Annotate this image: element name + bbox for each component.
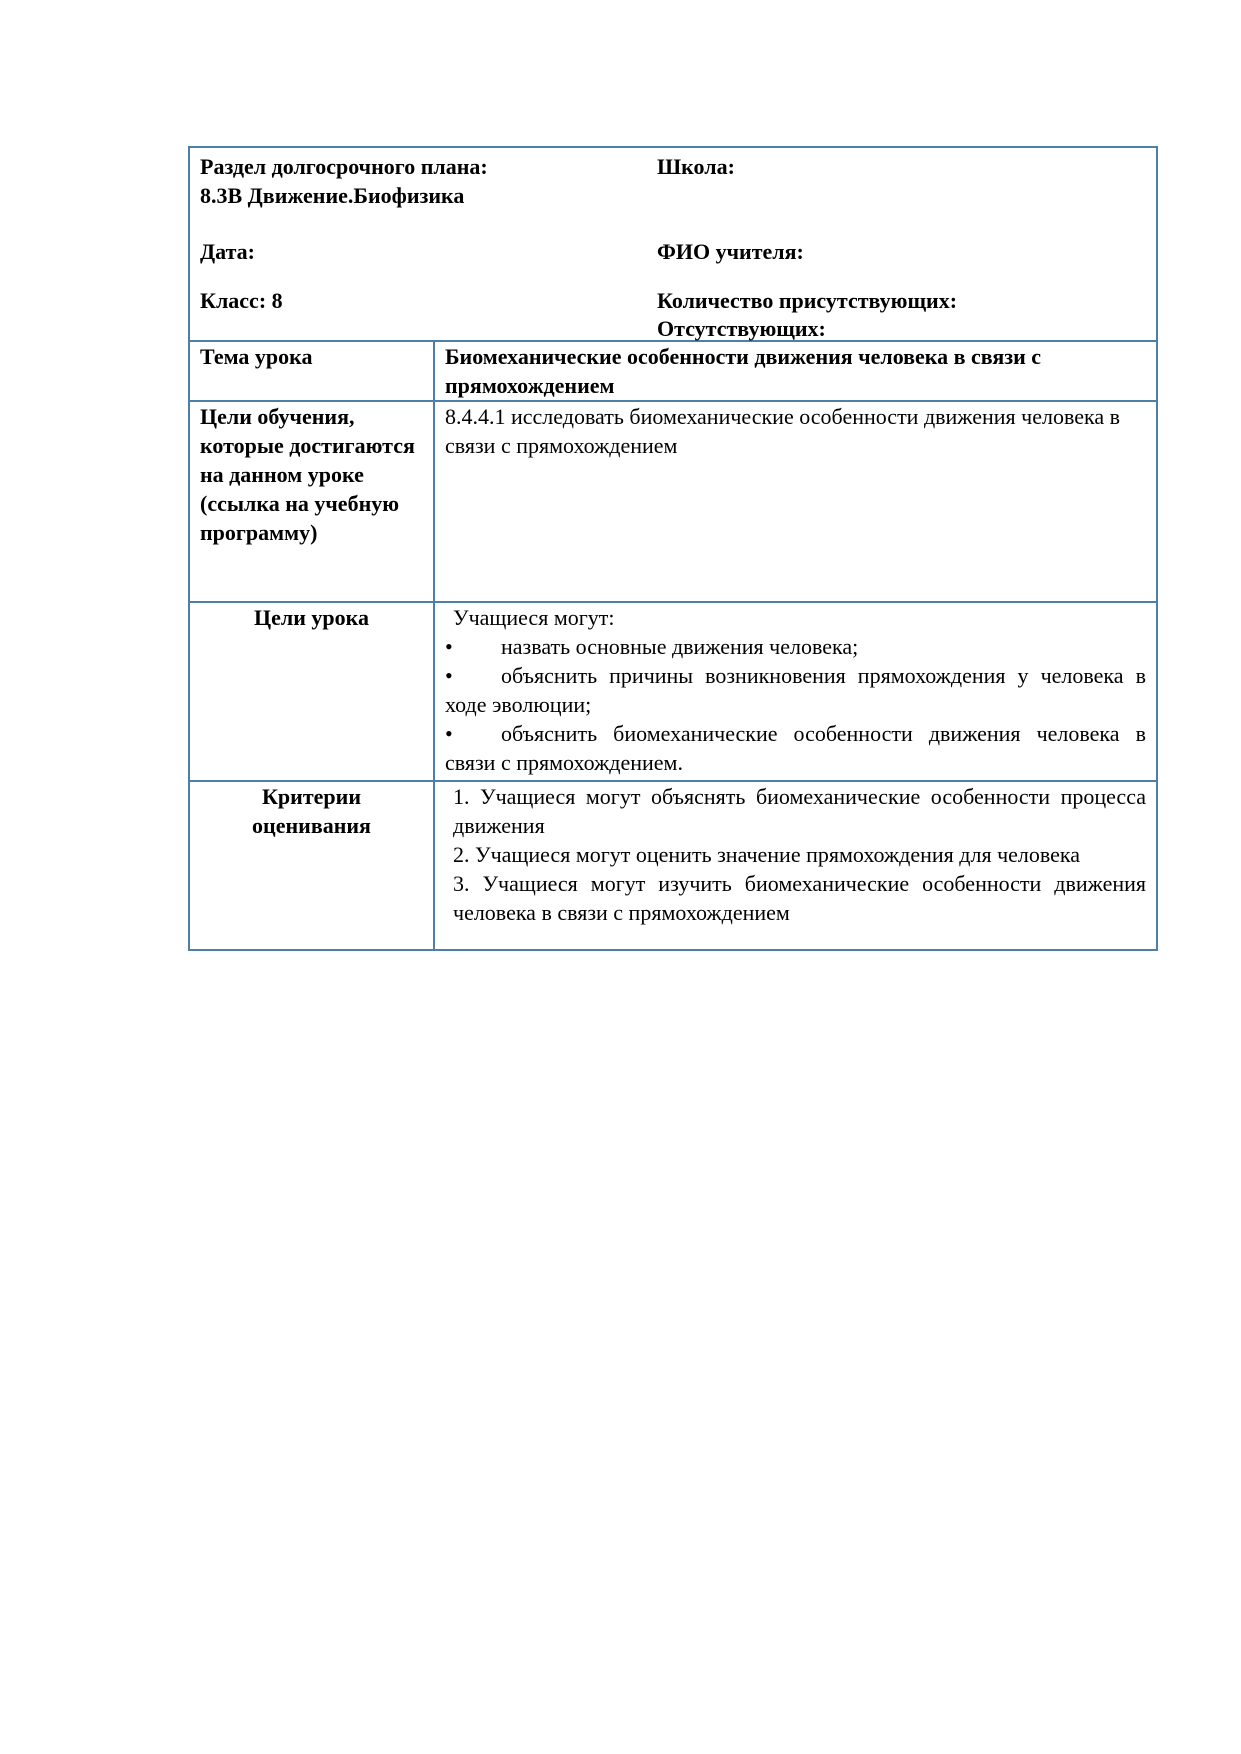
topic-label: Тема урока [189,341,434,401]
list-item: 2. Учащиеся могут оценить значение прямо… [445,840,1146,869]
bullet-icon: • [445,632,501,661]
absent-label: Отсутствующих: [657,314,826,343]
criteria-row: Критерии оценивания 1. Учащиеся могут об… [189,781,1157,950]
topic-value: Биомеханические особенности движения чел… [434,341,1157,401]
list-item: •объяснить биомеханические особенности д… [445,719,1146,777]
class-label: Класс: 8 [200,286,283,315]
bullet-icon: • [445,719,501,748]
list-item: 1. Учащиеся могут объяснять биомеханичес… [445,782,1146,840]
lesson-goals-intro: Учащиеся могут: [445,603,1146,632]
school-label: Школа: [657,152,735,181]
bullet-icon: • [445,661,501,690]
list-item: •объяснить причины возникновения прямохо… [445,661,1146,719]
criteria-cell: 1. Учащиеся могут объяснять биомеханичес… [434,781,1157,950]
list-item: 3. Учащиеся могут изучить биомеханически… [445,869,1146,927]
objectives-value: 8.4.4.1 исследовать биомеханические особ… [434,401,1157,602]
lesson-plan-page: Раздел долгосрочного плана: 8.3В Движени… [188,146,1156,951]
topic-row: Тема урока Биомеханические особенности д… [189,341,1157,401]
objectives-label: Цели обучения, которые достигаются на да… [189,401,434,602]
lesson-goals-label: Цели урока [189,602,434,781]
date-label: Дата: [200,237,255,266]
section-value: 8.3В Движение.Биофизика [200,181,464,210]
objectives-row: Цели обучения, которые достигаются на да… [189,401,1157,602]
header-row: Раздел долгосрочного плана: 8.3В Движени… [189,147,1157,341]
lesson-plan-table: Раздел долгосрочного плана: 8.3В Движени… [188,146,1158,951]
teacher-label: ФИО учителя: [657,237,804,266]
lesson-goals-row: Цели урока Учащиеся могут: •назвать осно… [189,602,1157,781]
present-label: Количество присутствующих: [657,286,957,315]
lesson-goals-cell: Учащиеся могут: •назвать основные движен… [434,602,1157,781]
section-label: Раздел долгосрочного плана: [200,152,488,181]
criteria-label: Критерии оценивания [189,781,434,950]
header-cell: Раздел долгосрочного плана: 8.3В Движени… [189,147,1157,341]
list-item: •назвать основные движения человека; [445,632,1146,661]
